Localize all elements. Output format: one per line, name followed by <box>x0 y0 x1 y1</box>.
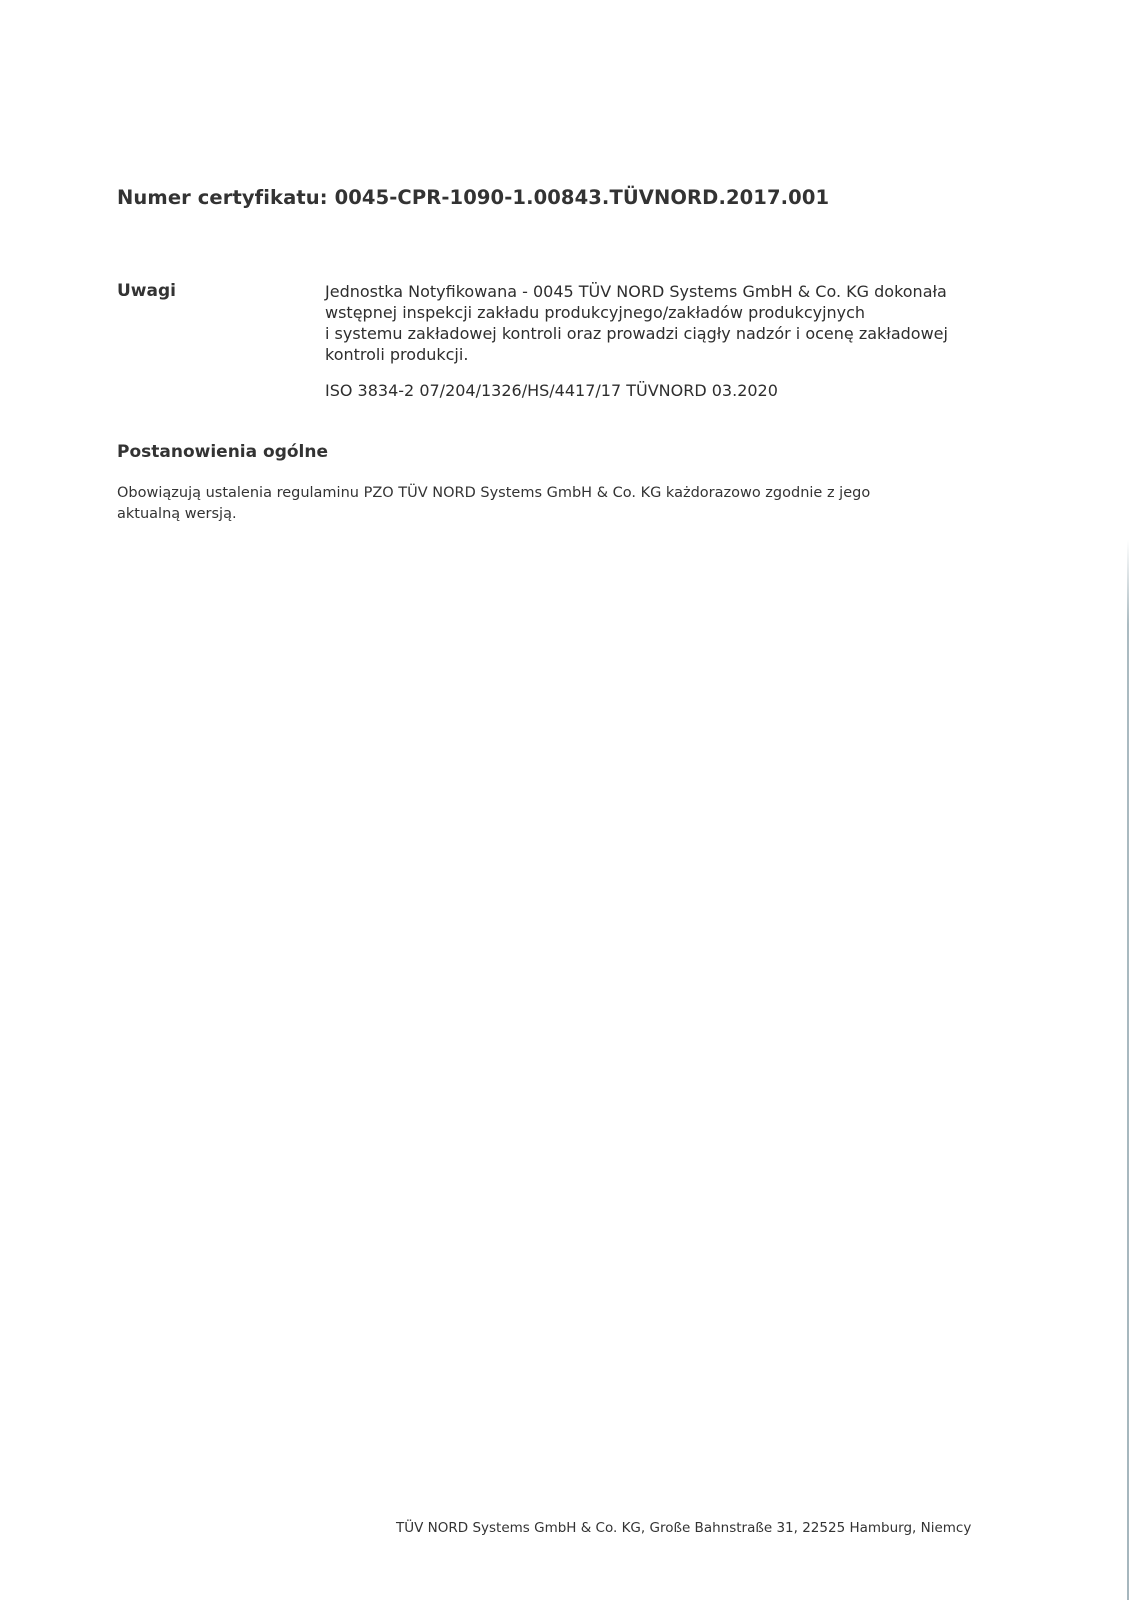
remarks-line: wstępnej inspekcji zakładu produkcyjnego… <box>325 302 985 323</box>
remarks-text: Jednostka Notyfikowana - 0045 TÜV NORD S… <box>325 281 985 365</box>
remarks-line: i systemu zakładowej kontroli oraz prowa… <box>325 323 985 344</box>
iso-reference: ISO 3834-2 07/204/1326/HS/4417/17 TÜVNOR… <box>325 381 778 400</box>
footer-address: TÜV NORD Systems GmbH & Co. KG, Große Ba… <box>396 1520 971 1536</box>
general-provisions-line: aktualną wersją. <box>117 504 870 525</box>
scan-edge-artifact <box>1127 540 1129 1600</box>
remarks-label: Uwagi <box>117 281 176 301</box>
general-provisions-heading: Postanowienia ogólne <box>117 442 328 462</box>
general-provisions-text: Obowiązują ustalenia regulaminu PZO TÜV … <box>117 483 870 525</box>
certificate-number-title: Numer certyfikatu: 0045-CPR-1090-1.00843… <box>117 186 829 209</box>
remarks-line: kontroli produkcji. <box>325 344 985 365</box>
general-provisions-line: Obowiązują ustalenia regulaminu PZO TÜV … <box>117 483 870 504</box>
remarks-line: Jednostka Notyfikowana - 0045 TÜV NORD S… <box>325 281 985 302</box>
